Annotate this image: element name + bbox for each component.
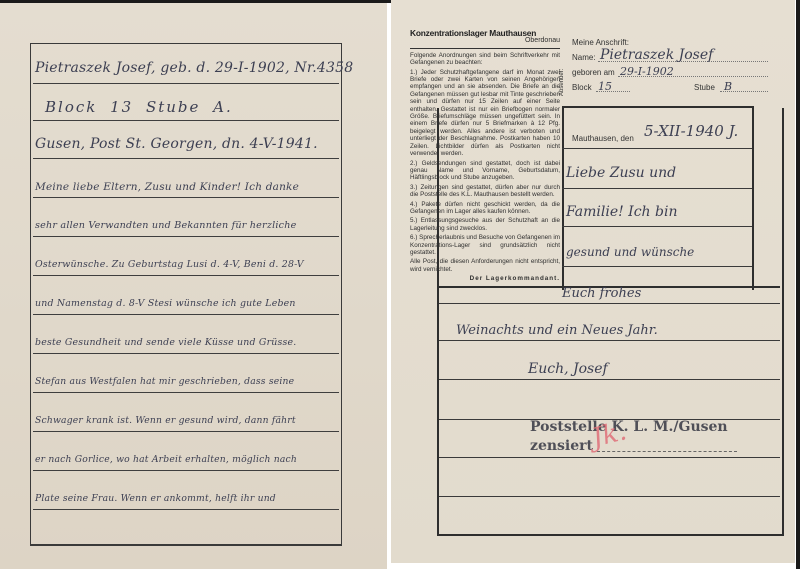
stube-value: B [724, 80, 732, 93]
ruled-line [439, 303, 780, 304]
block-label: Block [572, 83, 592, 92]
handwritten-line: und Namenstag d. 8-V Stesi wünsche ich g… [35, 298, 296, 309]
handwritten-line: Weinachts und ein Neues Jahr. [456, 323, 658, 338]
ruled-line [33, 353, 339, 354]
stube-label: Stube [694, 83, 715, 92]
ruled-line [562, 188, 752, 189]
date-label: Mauthausen, den [572, 134, 634, 143]
letter-page-left: Pietraszek Josef, geb. d. 29-I-1902, Nr.… [0, 3, 387, 569]
ruled-line [562, 226, 752, 227]
handwritten-line: er nach Gorlice, wo hat Arbeit erhalten,… [35, 454, 297, 465]
handwritten-line: Block 13 Stube A. [45, 98, 233, 116]
lined-writing-box: Pietraszek Josef, geb. d. 29-I-1902, Nr.… [30, 43, 342, 546]
camp-name-heading: Konzentrationslager Mauthausen [410, 30, 560, 37]
ruled-line [33, 236, 339, 237]
rules-paragraph: Folgende Anordnungen sind beim Schriftve… [410, 52, 560, 67]
handwritten-line: Plate seine Frau. Wenn er ankommt, helft… [35, 493, 276, 504]
handwritten-line: beste Gesundheit und sende viele Küsse u… [35, 337, 296, 348]
handwritten-line: Meine liebe Eltern, Zusu und Kinder! Ich… [35, 181, 299, 193]
ruled-line [33, 83, 339, 84]
date-value: 5-XII-1940 J. [644, 122, 738, 140]
ruled-line [33, 120, 339, 121]
right-border [796, 0, 800, 569]
born-label: geboren am [572, 68, 615, 77]
handwritten-line: Liebe Zusu und [566, 165, 676, 181]
ruled-line [439, 457, 780, 458]
born-value: 29-I-1902 [620, 65, 674, 78]
address-heading: Meine Anschrift: [572, 38, 629, 47]
handwritten-line: Familie! Ich bin [566, 204, 677, 220]
handwritten-line: sehr allen Verwandten und Bekannten für … [35, 220, 296, 231]
stamp-signature-line [597, 451, 737, 452]
handwritten-line: Gusen, Post St. Georgen, dn. 4-V-1941. [35, 136, 318, 152]
handwritten-line: Osterwünsche. Zu Geburtstag Lusi d. 4-V,… [35, 259, 304, 270]
handwritten-line: gesund und wünsche [566, 245, 694, 259]
sender-side-label: Absender: [559, 69, 565, 96]
ruled-line [33, 509, 339, 510]
ruled-line [33, 431, 339, 432]
ruled-line [33, 392, 339, 393]
name-label: Name: [572, 53, 596, 62]
stamp-line-1: Poststelle K. L. M./Gusen [530, 418, 737, 437]
ruled-line [33, 197, 339, 198]
censor-stamp: Poststelle K. L. M./Gusen zensiert [530, 418, 737, 456]
camp-region: Oberdonau [410, 37, 560, 48]
stamp-line-2: zensiert [530, 437, 593, 456]
ruled-line [439, 379, 780, 380]
handwritten-line: Schwager krank ist. Wenn er gesund wird,… [35, 415, 296, 426]
ruled-line [562, 148, 752, 149]
name-value: Pietraszek Josef [600, 47, 713, 63]
ruled-line [33, 158, 339, 159]
handwritten-line: Euch frohes [562, 286, 641, 301]
block-value: 15 [598, 80, 612, 93]
handwritten-line: Pietraszek Josef, geb. d. 29-I-1902, Nr.… [35, 60, 353, 76]
ruled-line [33, 275, 339, 276]
ruled-line [33, 470, 339, 471]
date-box: Mauthausen, den 5-XII-1940 J. [562, 106, 754, 290]
handwritten-line: Euch, Josef [528, 361, 608, 377]
ruled-line [33, 314, 339, 315]
sender-address-block: Meine Anschrift: Name: Pietraszek Josef … [572, 34, 772, 94]
ruled-line [562, 266, 752, 267]
ruled-line [439, 340, 780, 341]
handwritten-line: Stefan aus Westfalen hat mir geschrieben… [35, 376, 294, 387]
ruled-line [439, 496, 780, 497]
